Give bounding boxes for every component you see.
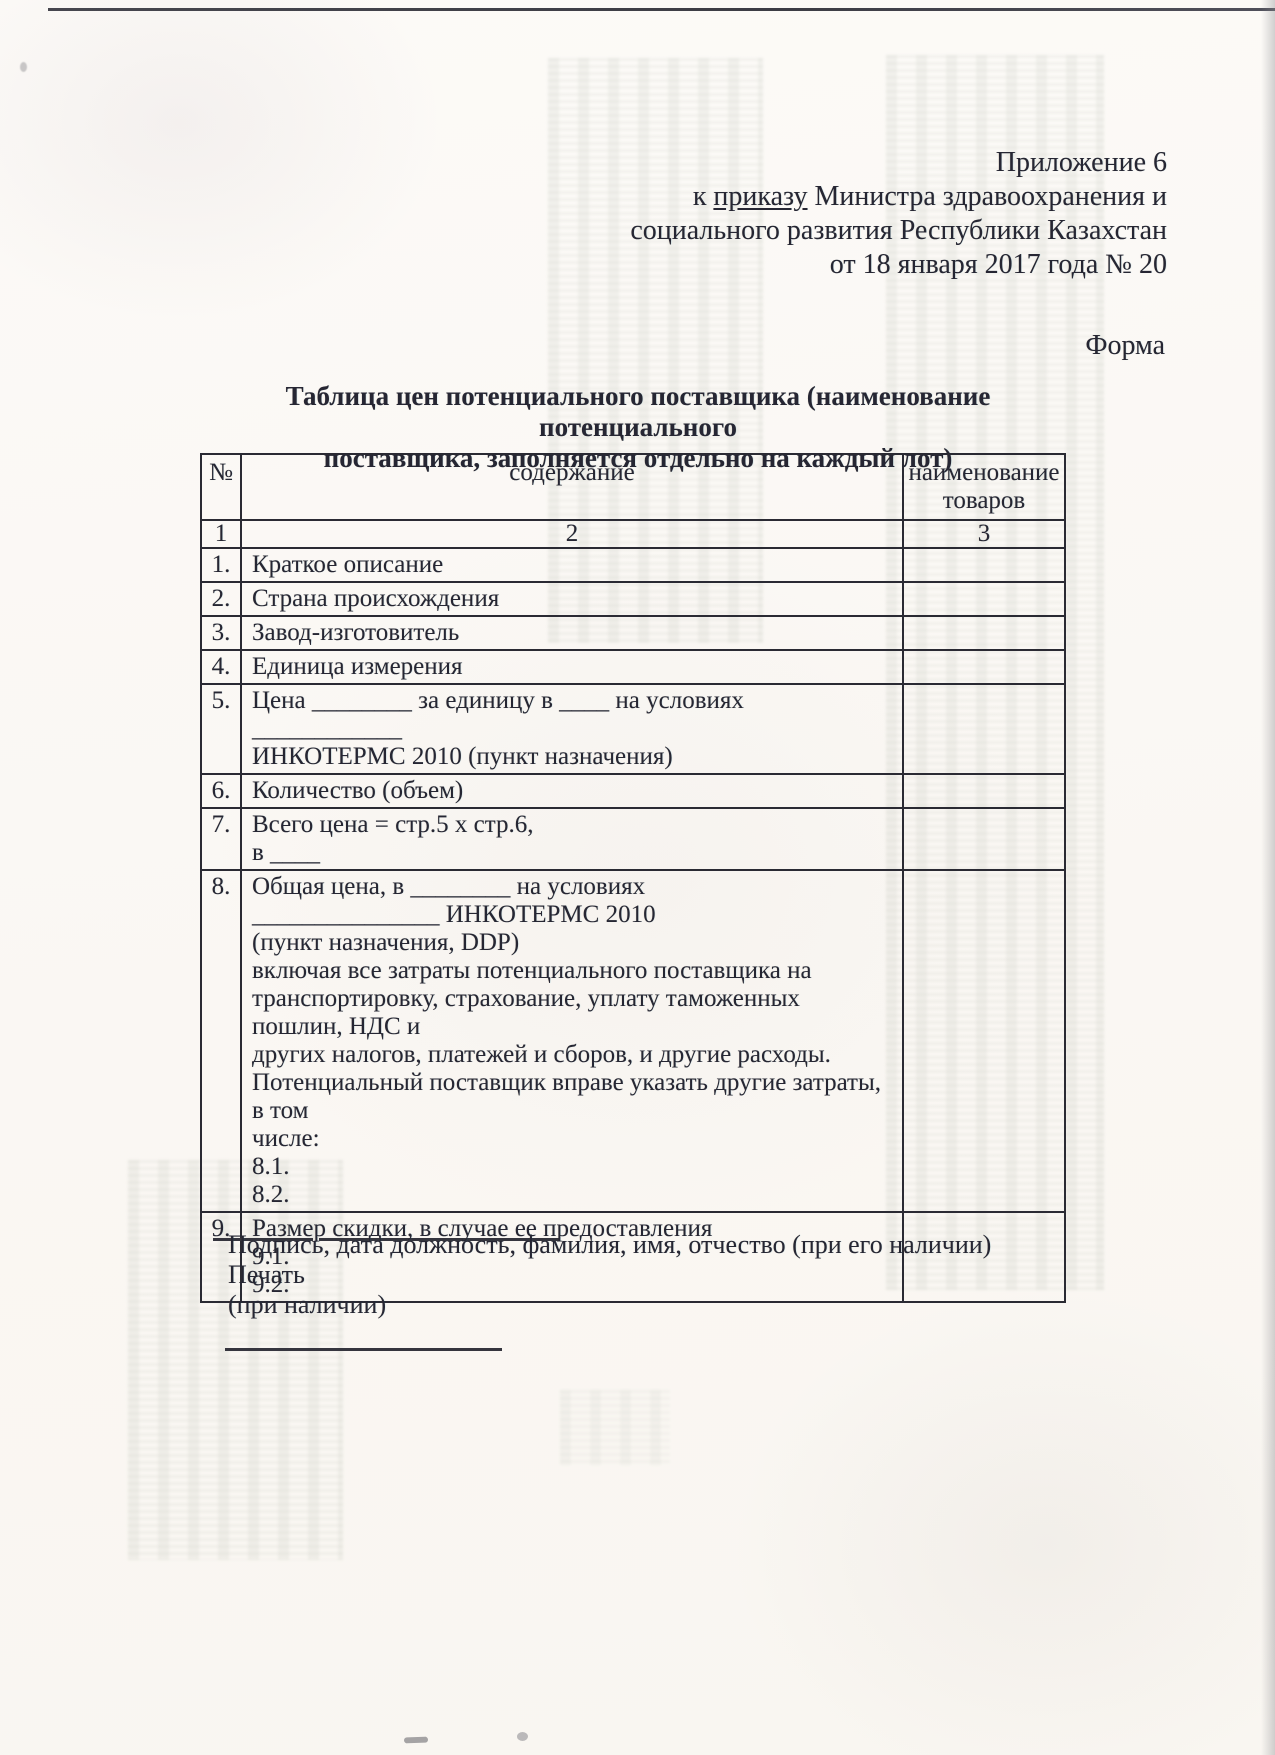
goods-cell [903,684,1065,774]
appendix-line-2-suffix: Министра здравоохранения и [807,181,1167,212]
col-header-content: содержание [241,454,903,520]
goods-cell [903,616,1065,650]
scan-speck [404,1737,428,1744]
goods-cell [903,870,1065,1212]
row-number: 3. [201,616,241,650]
goods-cell [903,650,1065,684]
scan-edge-line [48,8,1275,11]
appendix-line-2-prefix: к [693,181,714,212]
table-row: 3. Завод-изготовитель [201,616,1065,650]
appendix-line-2-underlined: приказу [713,181,807,212]
row-content: Общая цена, в ________ на условиях______… [241,870,903,1212]
bleedthrough-ghost-text [560,1390,670,1465]
row-content: Количество (объем) [241,774,903,808]
row-content: Всего цена = стр.5 х стр.6,в ____ [241,808,903,870]
form-label: Форма [1085,330,1165,362]
appendix-line-4: от 18 января 2017 года № 20 [630,248,1167,282]
table-row: 8. Общая цена, в ________ на условиях___… [201,870,1065,1212]
row-number: 8. [201,870,241,1212]
column-numbers-row: 1 2 3 [201,520,1065,548]
table-row: 1. Краткое описание [201,548,1065,582]
row-number: 4. [201,650,241,684]
column-number-2: 2 [241,520,903,548]
appendix-header: Приложение 6 к приказу Министра здравоох… [630,146,1167,282]
goods-cell [903,774,1065,808]
appendix-line-2: к приказу Министра здравоохранения и [630,180,1167,214]
table-row: 6. Количество (объем) [201,774,1065,808]
table-row: 7. Всего цена = стр.5 х стр.6,в ____ [201,808,1065,870]
col-header-num: № [201,454,241,520]
row-number: 5. [201,684,241,774]
price-table: № содержание наименование товаров 1 2 3 … [200,453,1066,1303]
col-header-goods: наименование товаров [903,454,1065,520]
scan-speck [20,62,27,72]
table-header-row: № содержание наименование товаров [201,454,1065,520]
appendix-line-3: социального развития Республики Казахста… [630,214,1167,248]
row-number: 1. [201,548,241,582]
column-number-1: 1 [201,520,241,548]
scanned-document-page: Приложение 6 к приказу Министра здравоох… [0,0,1275,1755]
row-number: 6. [201,774,241,808]
goods-cell [903,548,1065,582]
goods-cell [903,582,1065,616]
signature-line-2 [225,1336,502,1351]
scan-speck [517,1732,528,1741]
row-content: Цена ________ за единицу в ____ на услов… [241,684,903,774]
row-content: Единица измерения [241,650,903,684]
table-row: 4. Единица измерения [201,650,1065,684]
table-row: 5. Цена ________ за единицу в ____ на ус… [201,684,1065,774]
scan-edge-shadow [1261,0,1275,1755]
row-number: 2. [201,582,241,616]
row-content: Завод-изготовитель [241,616,903,650]
column-number-3: 3 [903,520,1065,548]
row-content: Размер скидки, в случае ее предоставлени… [241,1212,903,1302]
row-content: Страна происхождения [241,582,903,616]
goods-cell [903,808,1065,870]
table-row: 2. Страна происхождения [201,582,1065,616]
row-number: 7. [201,808,241,870]
appendix-line-1: Приложение 6 [630,146,1167,180]
row-content: Краткое описание [241,548,903,582]
